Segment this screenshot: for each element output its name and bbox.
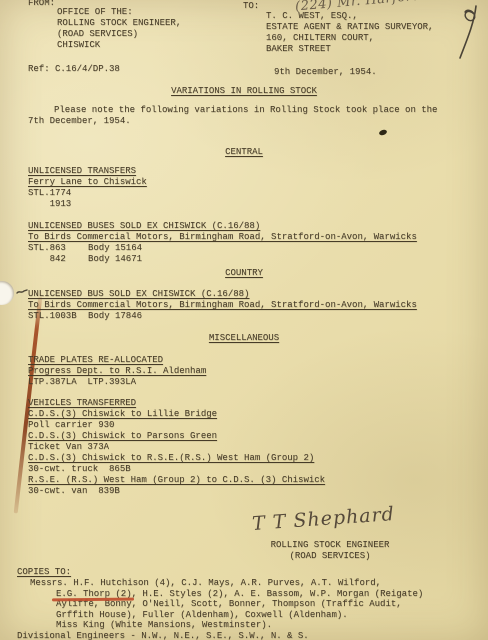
signature-block: ROLLING STOCK ENGINEER (ROAD SERVICES)	[200, 540, 460, 562]
from-address-line: ROLLING STOCK ENGINEER,	[57, 18, 181, 29]
group-vehicles-transferred: VEHICLES TRANSFERRED C.D.S.(3) Chiswick …	[28, 398, 325, 497]
trade-plate-numbers: LTP.387LA LTP.393LA	[28, 377, 206, 388]
to-address-line: T. C. WEST, ESQ.,	[266, 11, 433, 22]
pen-tick-mark	[16, 288, 28, 296]
fleet-number: 842	[28, 254, 88, 265]
copies-list: Messrs. H.F. Hutchison (4), C.J. Mays, A…	[30, 578, 423, 640]
from-address-line: (ROAD SERVICES)	[57, 29, 181, 40]
punch-hole	[0, 281, 14, 305]
fleet-number: STL.1774	[28, 188, 147, 199]
group-subtitle: Progress Dept. to R.S.I. Aldenham	[28, 366, 206, 377]
to-address-line: ESTATE AGENT & RATING SURVEYOR,	[266, 22, 433, 33]
intro-paragraph: Please note the following variations in …	[28, 105, 437, 127]
group-title: TRADE PLATES RE-ALLOCATED	[28, 355, 206, 366]
copies-line: Grffith House), Fuller (Aldenham), Coxwe…	[56, 610, 423, 621]
group-unlicensed-transfers: UNLICENSED TRANSFERS Ferry Lane to Chisw…	[28, 166, 147, 210]
transfer-route: C.D.S.(3) Chiswick to R.S.E.(R.S.) West …	[28, 453, 325, 464]
section-heading-miscellaneous-wrap: MISCELLANEOUS	[0, 333, 488, 344]
group-subtitle: To Birds Commercial Motors, Birmingham R…	[28, 300, 417, 311]
to-address-line: 160, CHILTERN COURT,	[266, 33, 433, 44]
copies-line: Messrs. H.F. Hutchison (4), C.J. Mays, A…	[30, 578, 423, 589]
transfer-route: C.D.S.(3) Chiswick to Lillie Bridge	[28, 409, 325, 420]
intro-line: Please note the following variations in …	[54, 105, 437, 116]
from-address-line: OFFICE OF THE:	[57, 7, 181, 18]
copies-line: Ayliffe, Bonny, O'Neill, Scott, Bonner, …	[56, 599, 423, 610]
fleet-number: STL.1003B	[28, 311, 88, 322]
to-address: T. C. WEST, ESQ., ESTATE AGENT & RATING …	[266, 11, 433, 55]
transfer-vehicle: 30-cwt. truck 865B	[28, 464, 325, 475]
section-heading-central: CENTRAL	[225, 147, 263, 157]
group-title: VEHICLES TRANSFERRED	[28, 398, 325, 409]
doc-title-wrap: VARIATIONS IN ROLLING STOCK	[0, 86, 488, 97]
group-title: UNLICENSED BUS SOLD EX CHISWICK (C.16/88…	[28, 289, 417, 300]
pen-flourish-icon	[454, 0, 482, 63]
group-trade-plates: TRADE PLATES RE-ALLOCATED Progress Dept.…	[28, 355, 206, 388]
doc-title: VARIATIONS IN ROLLING STOCK	[171, 86, 317, 96]
copies-line: Divisional Engineers - N.W., N.E., S.E.,…	[17, 631, 423, 640]
ref-number: Ref: C.16/4/DP.38	[28, 64, 120, 75]
from-address: OFFICE OF THE: ROLLING STOCK ENGINEER, (…	[57, 7, 181, 51]
section-heading-miscellaneous: MISCELLANEOUS	[209, 333, 279, 343]
fleet-number: STL.863	[28, 243, 88, 254]
fleet-number: 1913	[28, 199, 147, 210]
copies-label: COPIES TO:	[17, 567, 71, 578]
signature-handwritten: T T Shephard	[251, 503, 395, 535]
intro-line: 7th December, 1954.	[28, 116, 437, 127]
group-title: UNLICENSED BUSES SOLD EX CHISWICK (C.16/…	[28, 221, 417, 232]
body-number: Body 17846	[88, 311, 142, 321]
table-row: STL.1003BBody 17846	[28, 311, 417, 322]
highlighted-name: E.G. Thorp (2)	[56, 589, 132, 600]
section-heading-country-wrap: COUNTRY	[0, 268, 488, 279]
ink-blot	[378, 129, 387, 136]
section-heading-central-wrap: CENTRAL	[0, 147, 488, 158]
group-title: UNLICENSED TRANSFERS	[28, 166, 147, 177]
transfer-vehicle: Poll carrier 930	[28, 420, 325, 431]
body-number: Body 14671	[88, 254, 142, 264]
copies-line: Miss King (White Mansions, Westminster).	[56, 620, 423, 631]
group-subtitle: Ferry Lane to Chiswick	[28, 177, 147, 188]
group-buses-sold: UNLICENSED BUSES SOLD EX CHISWICK (C.16/…	[28, 221, 417, 265]
section-heading-country: COUNTRY	[225, 268, 263, 278]
transfer-vehicle: 30-cwt. van 839B	[28, 486, 325, 497]
scanned-memo-document: FROM: OFFICE OF THE: ROLLING STOCK ENGIN…	[0, 0, 488, 640]
date: 9th December, 1954.	[274, 67, 377, 78]
transfer-vehicle: Ticket Van 373A	[28, 442, 325, 453]
transfer-route: R.S.E. (R.S.) West Ham (Group 2) to C.D.…	[28, 475, 325, 486]
to-label: TO:	[243, 1, 259, 12]
from-label: FROM:	[28, 0, 55, 9]
table-row: STL.863Body 15164	[28, 243, 417, 254]
group-bus-sold: UNLICENSED BUS SOLD EX CHISWICK (C.16/88…	[28, 289, 417, 322]
signature-role: ROLLING STOCK ENGINEER	[200, 540, 460, 551]
copies-line: E.G. Thorp (2), H.E. Styles (2), A. E. B…	[56, 589, 423, 600]
from-address-line: CHISWICK	[57, 40, 181, 51]
table-row: 842Body 14671	[28, 254, 417, 265]
group-subtitle: To Birds Commercial Motors, Birmingham R…	[28, 232, 417, 243]
to-address-line: BAKER STREET	[266, 44, 433, 55]
body-number: Body 15164	[88, 243, 142, 253]
transfer-route: C.D.S.(3) Chiswick to Parsons Green	[28, 431, 325, 442]
copies-line-rest: , H.E. Styles (2), A. E. Bassom, W.P. Mo…	[132, 589, 424, 599]
signature-role: (ROAD SERVICES)	[200, 551, 460, 562]
